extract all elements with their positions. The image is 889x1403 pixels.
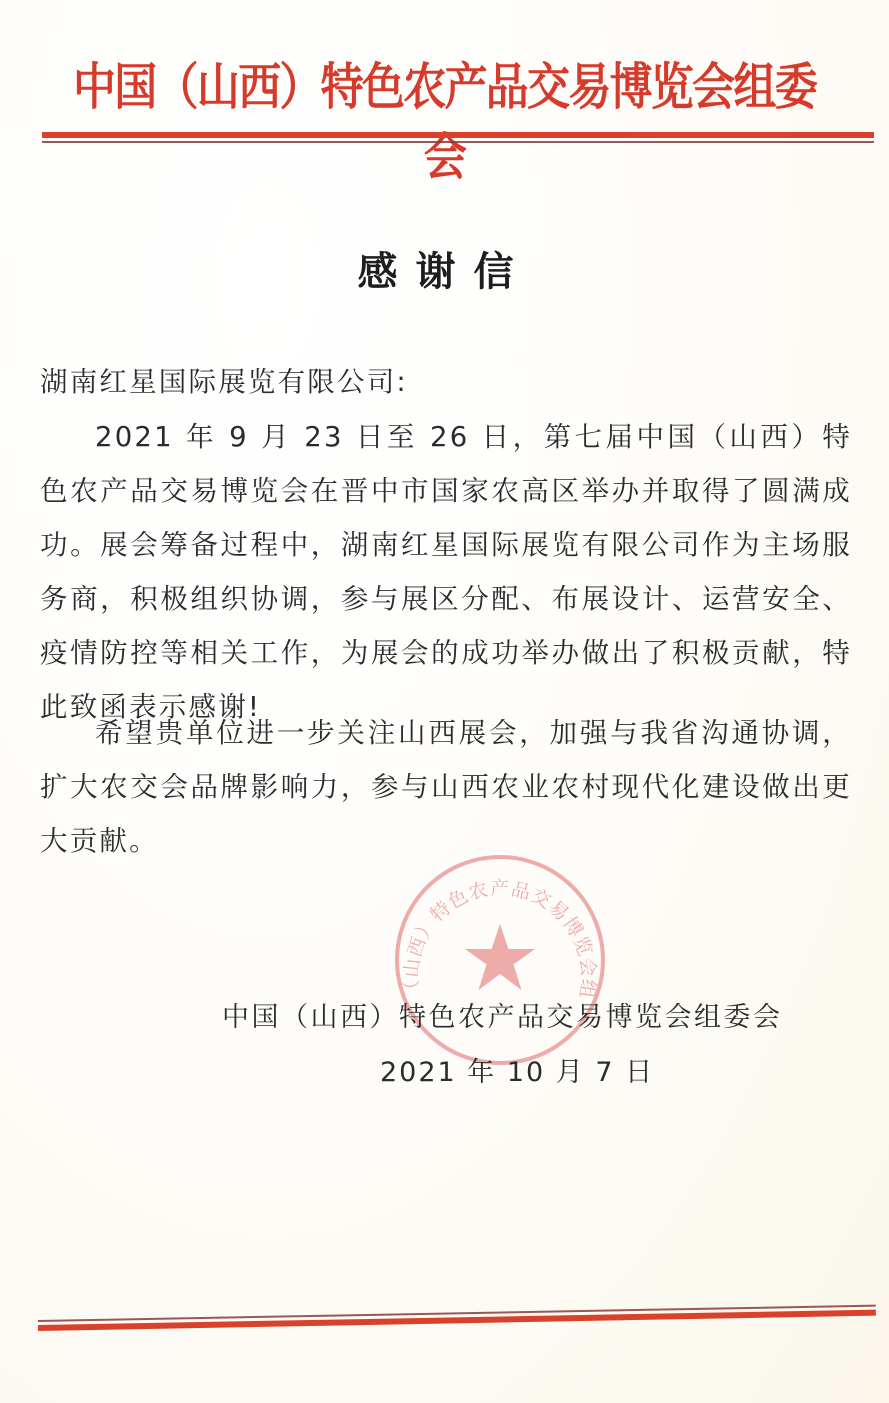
signature-date: 2021 年 10 月 7 日 [380,1050,654,1089]
salutation: 湖南红星国际展览有限公司: [40,355,852,409]
star-icon [465,924,535,990]
divider-thick-line [42,132,874,138]
document-title: 感谢信 [0,240,889,297]
svg-text:中国（山西）特色农产品交易博览会组委会: 中国（山西）特色农产品交易博览会组委会 [392,852,600,1001]
signature-organization: 中国（山西）特色农产品交易博览会组委会 [222,995,783,1034]
body-paragraph-1: 2021 年 9 月 23 日至 26 日，第七届中国（山西）特色农产品交易博览… [40,410,852,734]
letterhead-title: 中国（山西）特色农产品交易博览会组委会 [62,52,827,192]
letter-page: 中国（山西）特色农产品交易博览会组委会 感谢信 湖南红星国际展览有限公司: 20… [0,0,889,1403]
letterhead-divider [42,132,874,146]
divider-thin-line [42,141,874,143]
official-seal: 中国（山西）特色农产品交易博览会组委会 [392,852,608,1068]
body-paragraph-2: 希望贵单位进一步关注山西展会，加强与我省沟通协调，扩大农交会品牌影响力，参与山西… [40,706,852,868]
footer-divider [38,1305,876,1336]
seal-arc-text: 中国（山西）特色农产品交易博览会组委会 [392,852,600,1001]
